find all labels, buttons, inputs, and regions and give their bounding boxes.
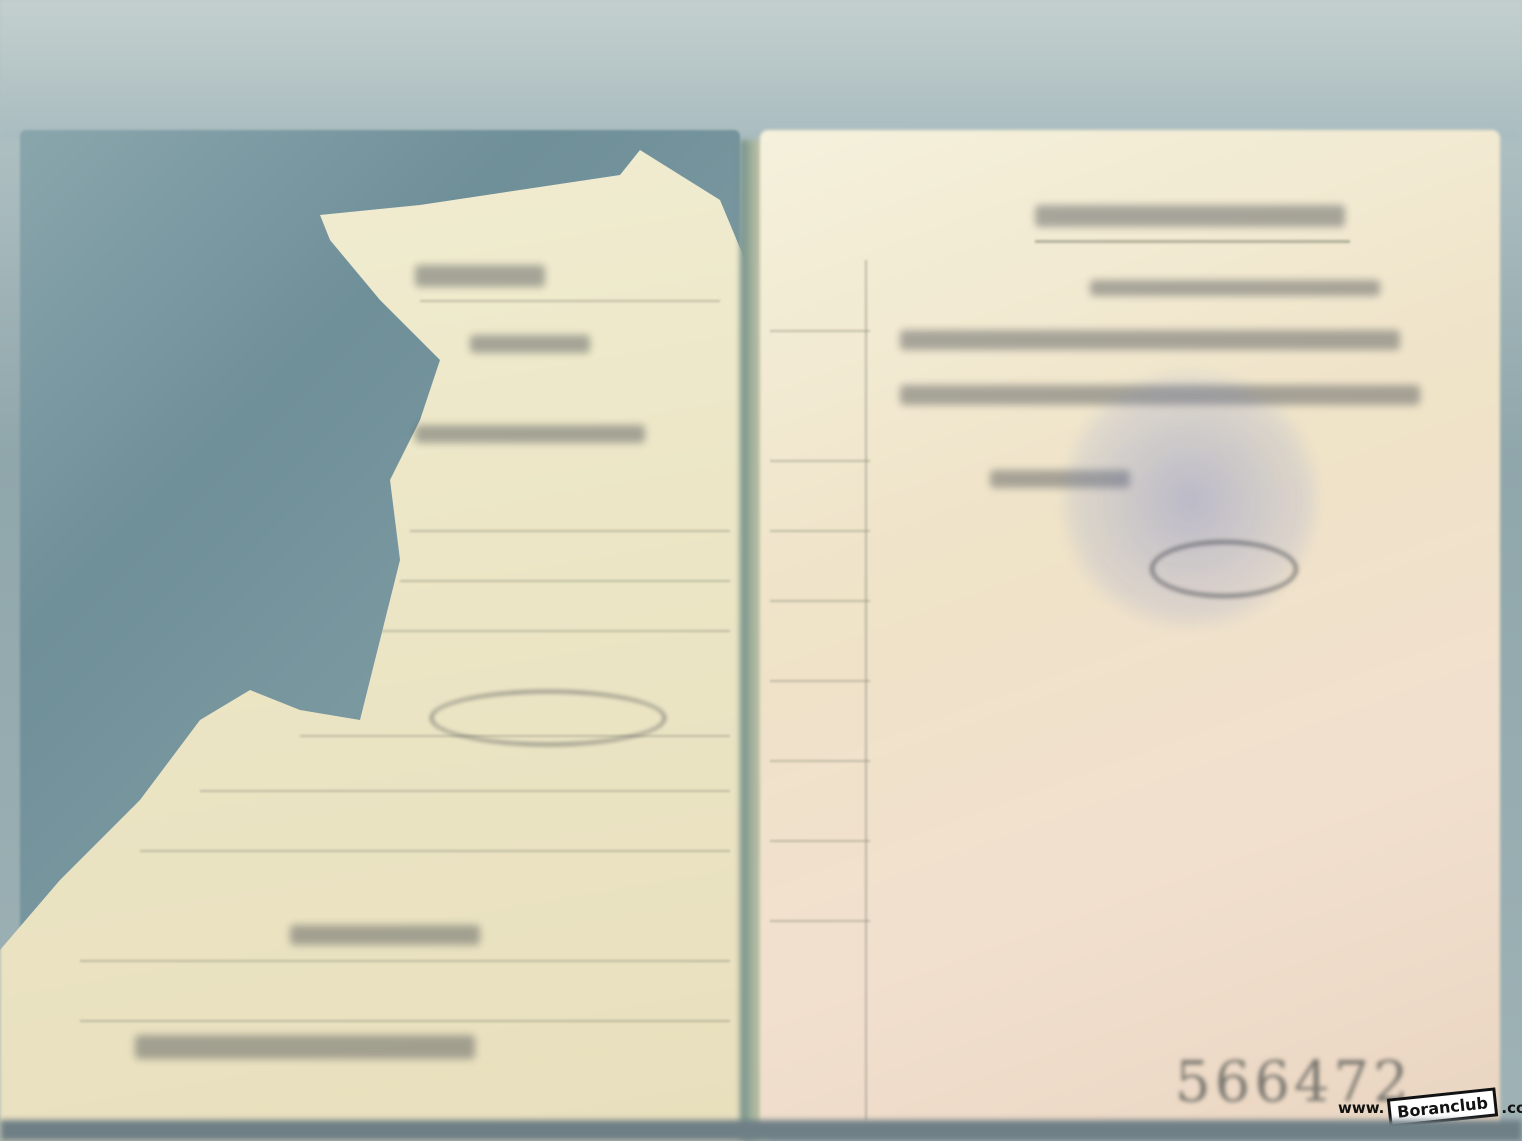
- ruled-line: [770, 530, 870, 532]
- margin-line: [865, 260, 867, 1120]
- watermark: www. Boranclub .com: [1338, 1093, 1522, 1122]
- ruled-line: [80, 1020, 730, 1022]
- ruled-line: [380, 630, 730, 632]
- left-heading-text: [415, 265, 545, 287]
- ruled-line: [770, 840, 870, 842]
- ruled-line: [200, 790, 730, 792]
- bottom-shadow: [0, 1120, 1522, 1141]
- handwritten-signature: [135, 1035, 475, 1059]
- ruled-line: [770, 600, 870, 602]
- handwritten-entry: [415, 425, 645, 443]
- watermark-suffix: .com: [1501, 1099, 1522, 1117]
- watermark-prefix: www.: [1338, 1099, 1384, 1117]
- ruled-line: [770, 680, 870, 682]
- handwritten-entry: [900, 330, 1400, 350]
- ruled-line: [770, 460, 870, 462]
- signature-scribble: [1150, 540, 1298, 598]
- ruled-line: [400, 580, 730, 582]
- ruled-line: [80, 960, 730, 962]
- background-surface: [0, 0, 1522, 140]
- ruled-line: [770, 330, 870, 332]
- ruled-line: [770, 760, 870, 762]
- handwritten-entry: [1090, 280, 1380, 296]
- ruled-line: [410, 530, 730, 532]
- ruled-line: [420, 300, 720, 302]
- ruled-line: [140, 850, 730, 852]
- signature-scribble: [430, 690, 666, 746]
- official-stamp: [1060, 360, 1320, 640]
- ruled-line: [770, 920, 870, 922]
- handwritten-name: [290, 925, 480, 945]
- heading-underline: [1035, 240, 1350, 243]
- right-heading-text: [1035, 205, 1345, 227]
- handwritten-entry: [470, 335, 590, 353]
